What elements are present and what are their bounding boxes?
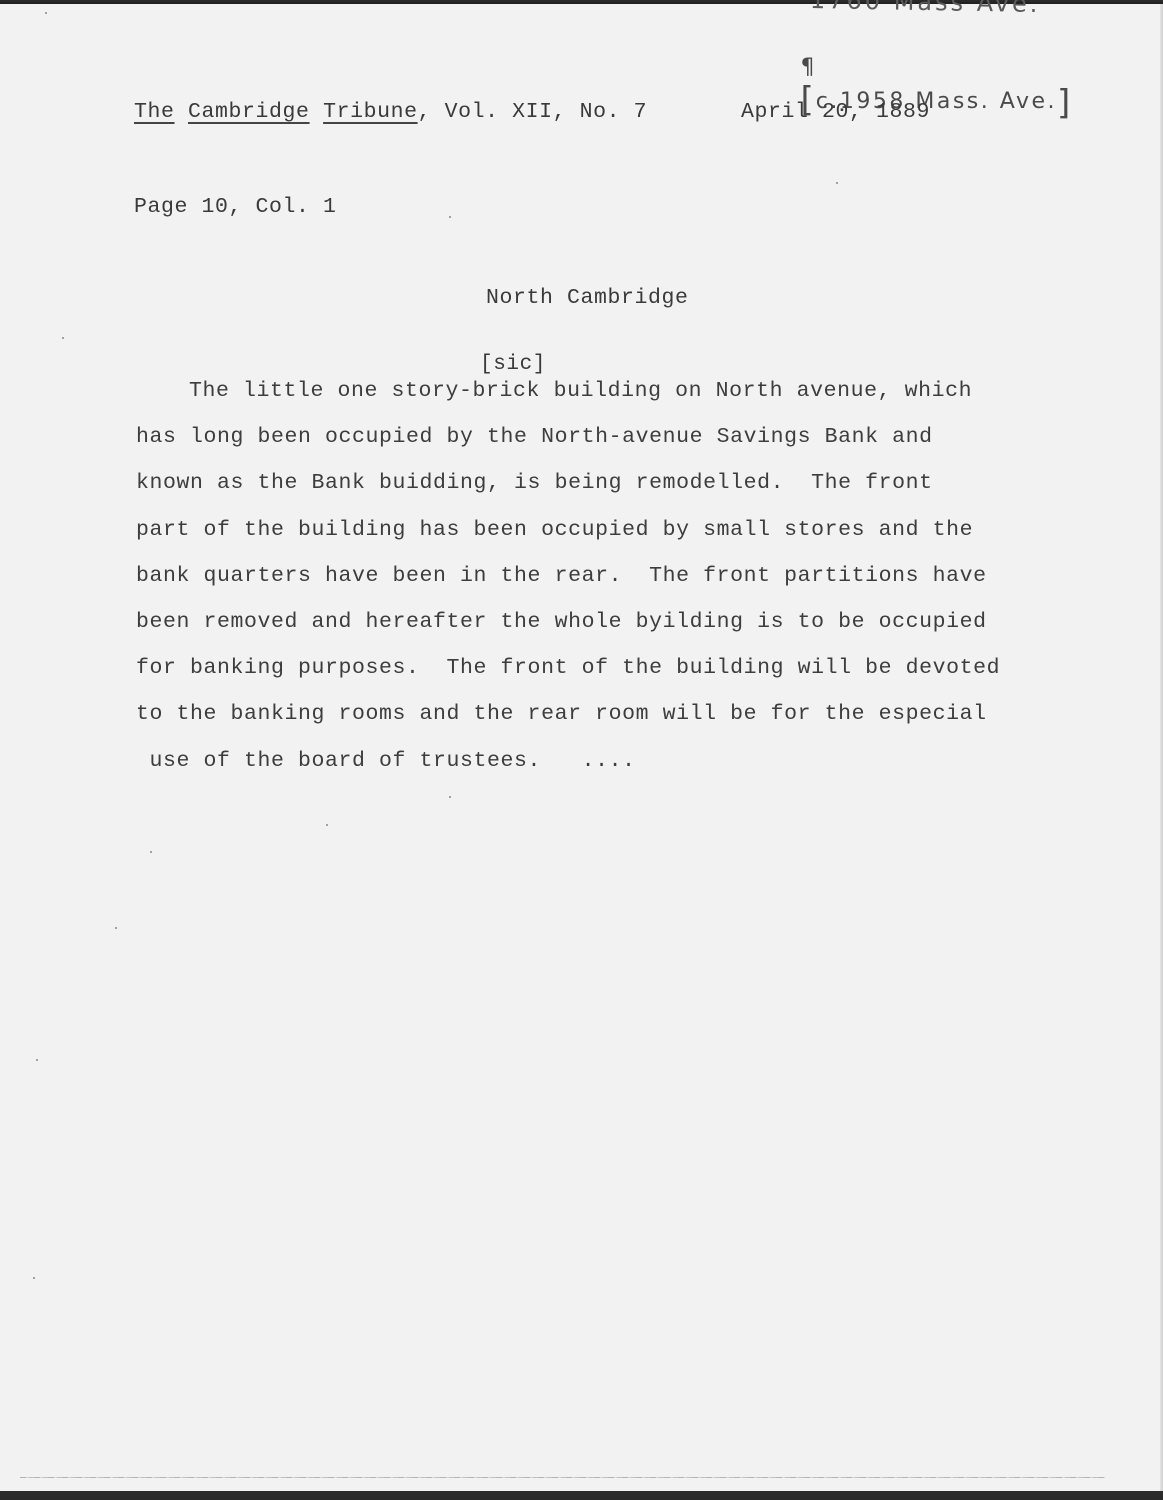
page-bottom-rule	[20, 1477, 1105, 1478]
note-bracket-close: ]	[1057, 83, 1072, 123]
document-page: 1760 Mass Ave. ¶ [c.1958 Mass. Ave.] The…	[0, 2, 1163, 1495]
paper-speck	[449, 216, 451, 218]
article-line: been removed and hereafter the whole byi…	[136, 609, 1000, 655]
handwritten-note: ¶ [c.1958 Mass. Ave.]	[762, 24, 1072, 151]
article-line: for banking purposes. The front of the b…	[136, 655, 1000, 701]
page-column-reference: Page 10, Col. 1	[134, 197, 337, 219]
paper-speck	[449, 796, 451, 798]
paper-speck	[326, 824, 328, 826]
sic-annotation: [sic]	[480, 354, 546, 375]
publication-date: April 20, 1889	[741, 102, 930, 124]
paragraph-mark: ¶	[801, 55, 817, 80]
publication-word-cambridge: Cambridge	[188, 100, 310, 124]
paper-speck	[150, 851, 152, 853]
paper-speck	[115, 927, 117, 929]
article-line: has long been occupied by the North-aven…	[136, 424, 1000, 470]
paper-speck	[45, 12, 47, 14]
article-line: to the banking rooms and the rear room w…	[136, 701, 1000, 747]
paper-speck	[836, 182, 838, 184]
paper-speck	[62, 337, 64, 339]
article-line: The little one story-brick building on N…	[135, 378, 1000, 424]
publication-volume: , Vol. XII, No. 7	[418, 100, 648, 124]
publication-word-tribune: Tribune	[323, 100, 418, 124]
paper-speck	[33, 1277, 35, 1279]
article-title: North Cambridge	[486, 288, 689, 310]
publication-header: The Cambridge Tribune, Vol. XII, No. 7	[134, 102, 647, 124]
handwritten-address-cut: 1760 Mass Ave.	[810, 0, 1041, 18]
article-line: bank quarters have been in the rear. The…	[136, 563, 1000, 609]
publication-word-the: The	[134, 100, 175, 124]
article-line: known as the Bank buidding, is being rem…	[136, 470, 1000, 516]
paper-speck	[36, 1059, 38, 1061]
article-body: The little one story-brick building on N…	[136, 378, 1000, 794]
article-line: use of the board of trustees. ....	[136, 748, 1000, 794]
article-line: part of the building has been occupied b…	[136, 517, 1000, 563]
